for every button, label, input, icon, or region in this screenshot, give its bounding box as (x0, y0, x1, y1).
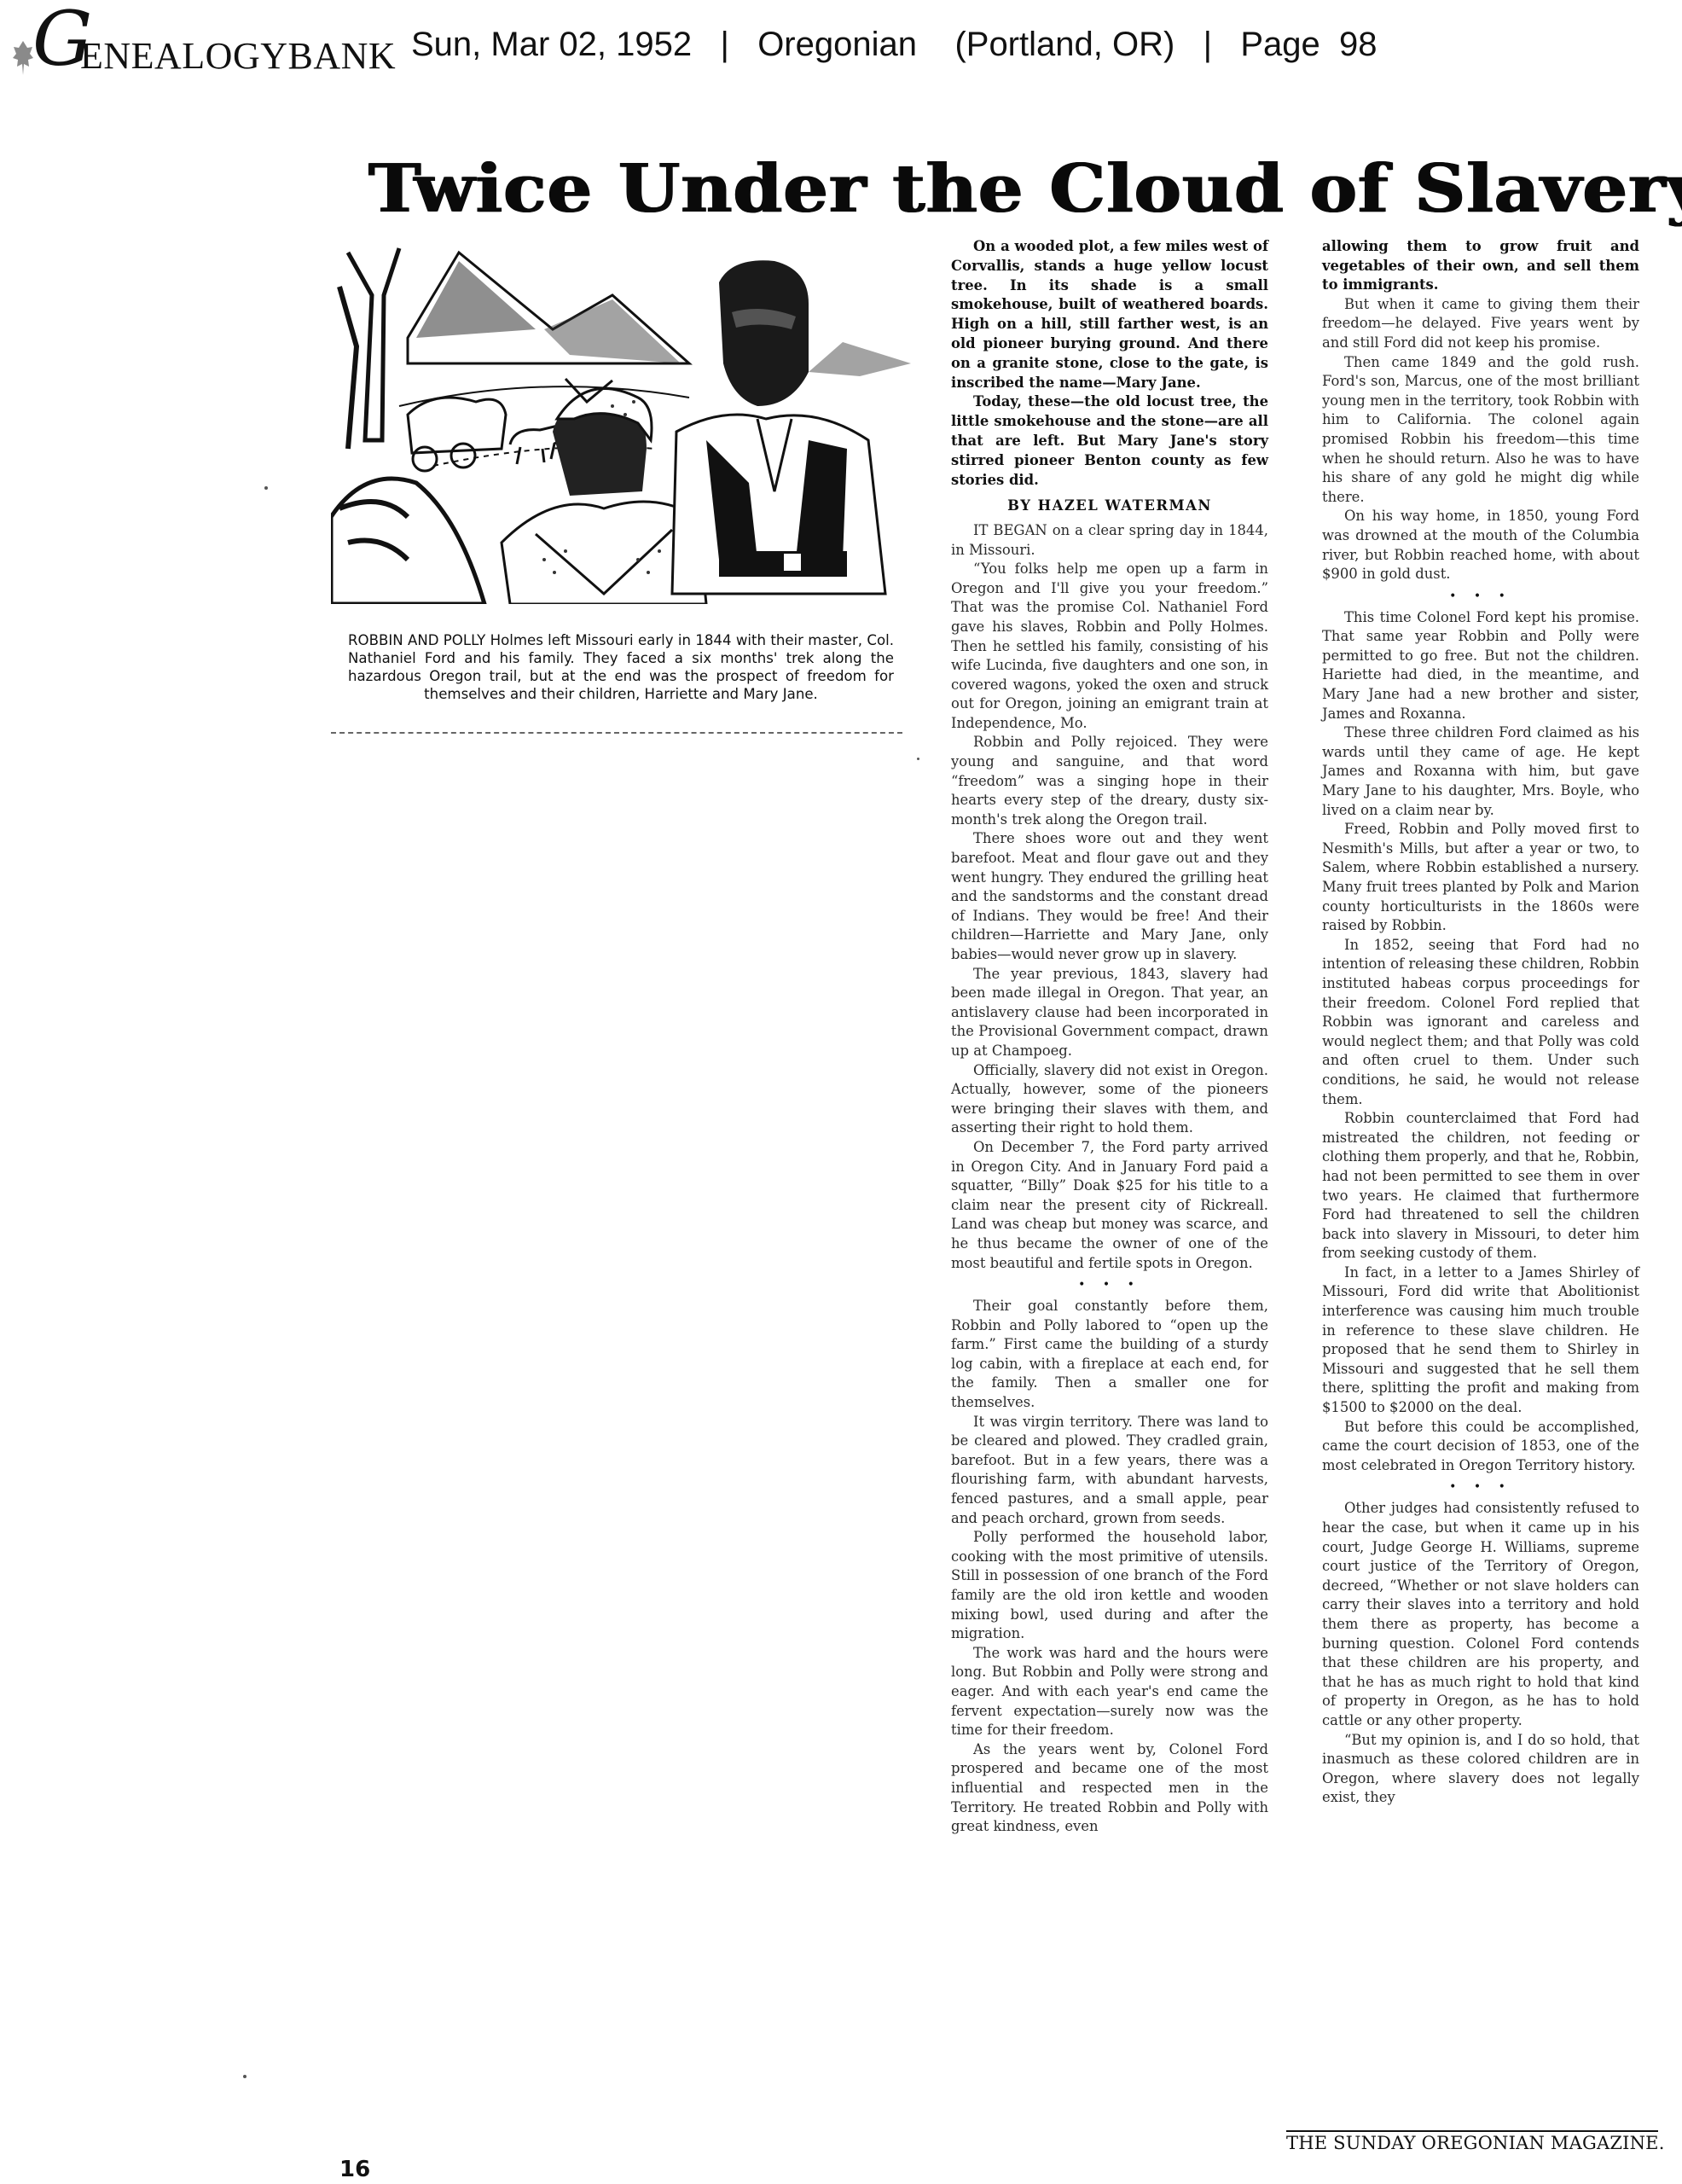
lead-paragraph: Today, these—the old locust tree, the li… (951, 392, 1268, 490)
article-headline: Twice Under the Cloud of Slavery (368, 150, 1682, 228)
separator: | (720, 26, 728, 63)
scan-speck (243, 2075, 246, 2078)
leaf-icon (12, 39, 34, 77)
body-paragraph: IT BEGAN on a clear spring day in 1844, … (951, 521, 1268, 560)
body-paragraph: The work was hard and the hours were lon… (951, 1644, 1268, 1740)
separator: | (1203, 26, 1212, 63)
body-paragraph: It was virgin territory. There was land … (951, 1413, 1268, 1529)
body-paragraph: Their goal constantly before them, Robbi… (951, 1297, 1268, 1413)
publication-location: (Portland, OR) (954, 26, 1174, 63)
scan-speck (917, 758, 919, 760)
body-paragraph: But when it came to giving them their fr… (1322, 295, 1639, 353)
lead-paragraph: On a wooded plot, a few miles west of Co… (951, 237, 1268, 392)
body-paragraph: Then came 1849 and the gold rush. Ford's… (1322, 353, 1639, 508)
body-paragraph: Officially, slavery did not exist in Ore… (951, 1061, 1268, 1138)
illustration-caption: ROBBIN AND POLLY Holmes left Missouri ea… (348, 631, 894, 703)
body-paragraph: In 1852, seeing that Ford had no intenti… (1322, 936, 1639, 1109)
scan-speck (264, 486, 268, 490)
body-paragraph: This time Colonel Ford kept his promise.… (1322, 608, 1639, 724)
publication-date: Sun, Mar 02, 1952 (411, 26, 692, 63)
body-paragraph: In fact, in a letter to a James Shirley … (1322, 1263, 1639, 1418)
body-paragraph: “But my opinion is, and I do so hold, th… (1322, 1731, 1639, 1808)
page-label: Page (1240, 26, 1319, 63)
magazine-page-number: 16 (339, 2157, 370, 2182)
caption-divider (331, 732, 902, 734)
body-paragraph: Other judges had consistently refused to… (1322, 1499, 1639, 1730)
newspaper-illustration-icon (331, 235, 915, 604)
article-column-middle: On a wooded plot, a few miles west of Co… (951, 237, 1268, 1837)
section-break: • • • (1322, 1480, 1639, 1494)
publication-name: Oregonian (757, 26, 917, 63)
genealogybank-logo[interactable]: G ENEALOGYBANK (7, 5, 382, 99)
body-paragraph: These three children Ford claimed as his… (1322, 723, 1639, 820)
logo-wordmark: ENEALOGYBANK (80, 34, 396, 78)
body-paragraph: The year previous, 1843, slavery had bee… (951, 965, 1268, 1061)
body-paragraph: “You folks help me open up a farm in Ore… (951, 560, 1268, 733)
body-paragraph: As the years went by, Colonel Ford prosp… (951, 1740, 1268, 1837)
body-paragraph: On December 7, the Ford party arrived in… (951, 1138, 1268, 1273)
section-break: • • • (951, 1278, 1268, 1292)
body-paragraph: Polly performed the household labor, coo… (951, 1528, 1268, 1644)
byline: BY HAZEL WATERMAN (951, 497, 1268, 516)
genealogybank-header: G ENEALOGYBANK Sun, Mar 02, 1952 | Orego… (0, 0, 1682, 102)
footer-divider (1286, 2130, 1658, 2132)
body-paragraph: But before this could be accomplished, c… (1322, 1418, 1639, 1476)
body-paragraph: On his way home, in 1850, young Ford was… (1322, 507, 1639, 584)
body-paragraph: allowing them to grow fruit and vegetabl… (1322, 237, 1639, 295)
magazine-title: THE SUNDAY OREGONIAN MAGAZINE. (1286, 2133, 1662, 2153)
publication-info: Sun, Mar 02, 1952 | Oregonian (Portland,… (411, 26, 1377, 64)
page-number: 98 (1339, 26, 1377, 63)
body-paragraph: Robbin and Polly rejoiced. They were you… (951, 733, 1268, 829)
section-break: • • • (1322, 590, 1639, 603)
body-paragraph: Robbin counterclaimed that Ford had mist… (1322, 1109, 1639, 1263)
article-column-right: allowing them to grow fruit and vegetabl… (1322, 237, 1639, 1808)
body-paragraph: Freed, Robbin and Polly moved first to N… (1322, 820, 1639, 936)
body-paragraph: There shoes wore out and they went baref… (951, 829, 1268, 964)
